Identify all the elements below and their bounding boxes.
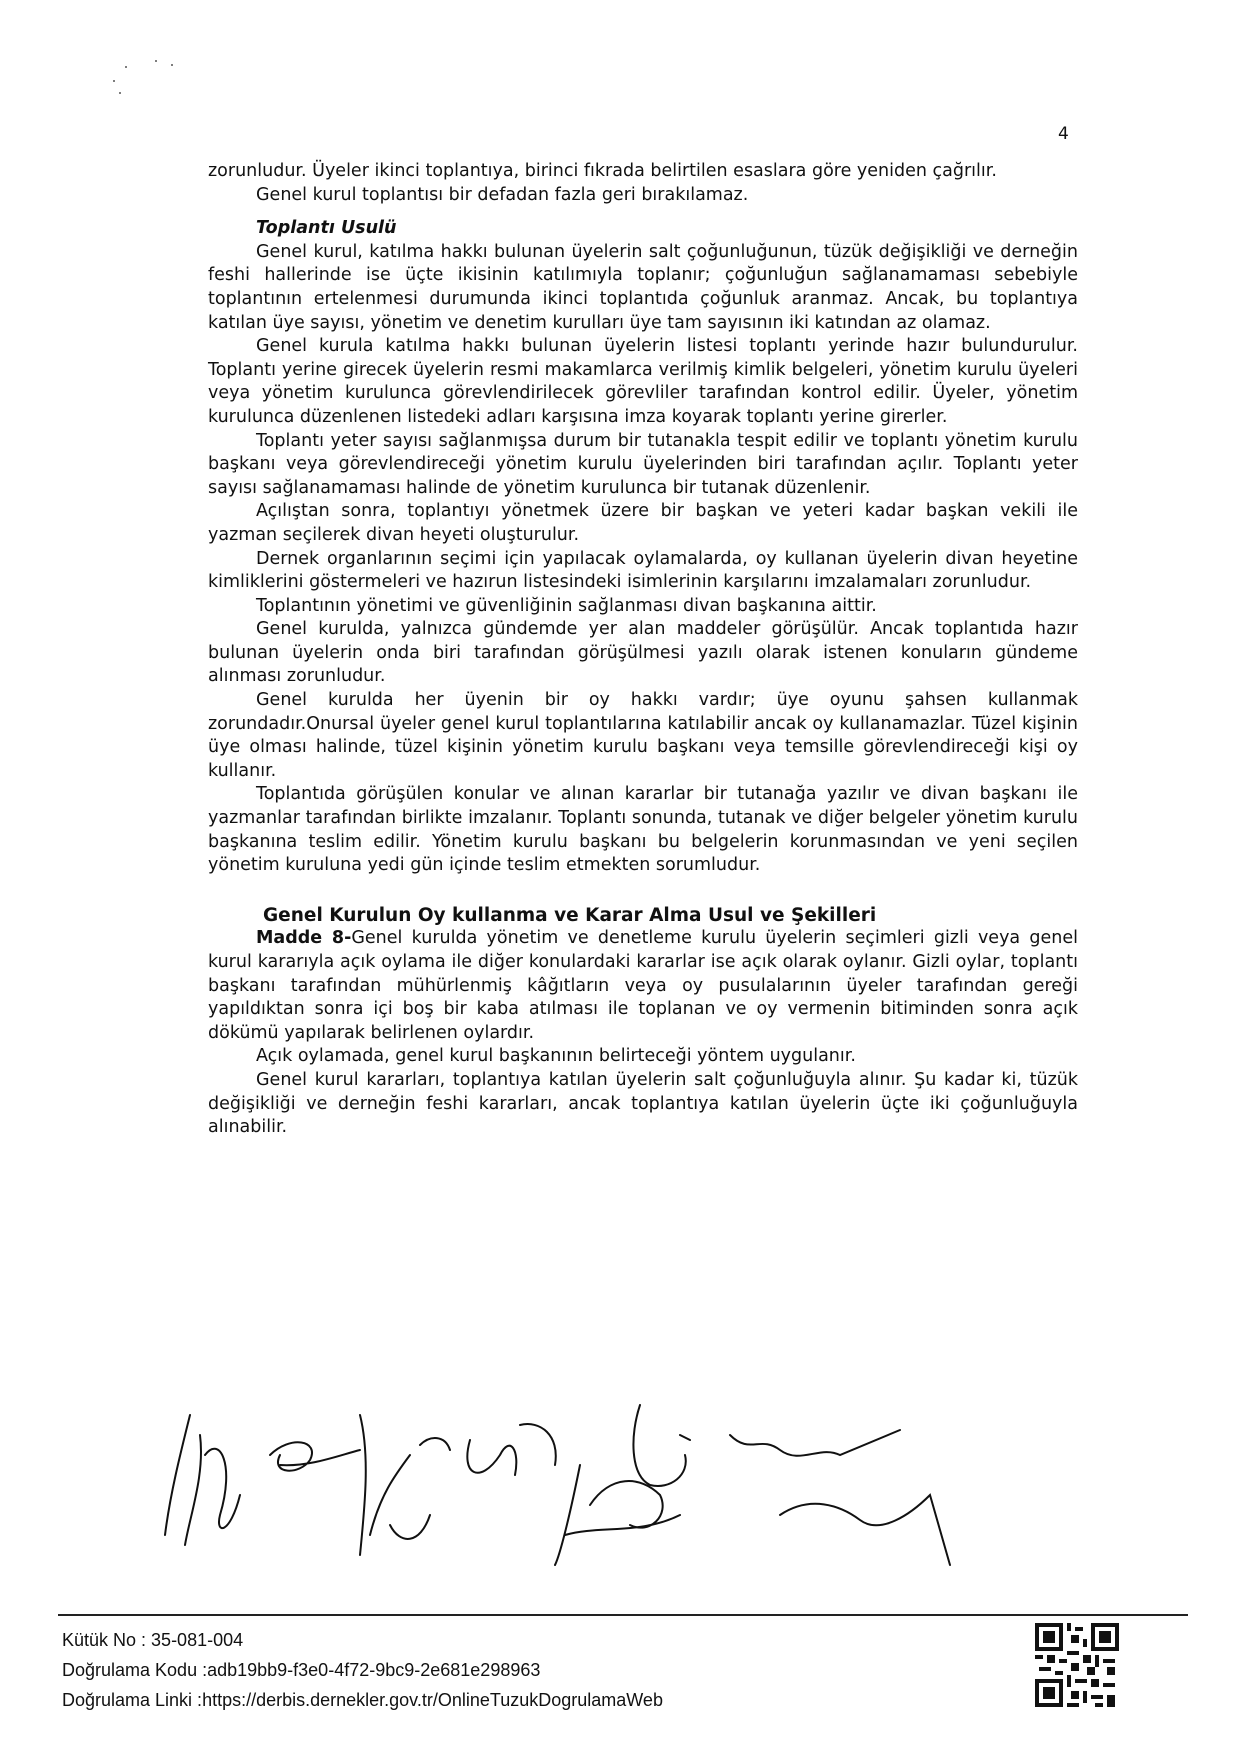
paragraph: Genel kurul kararları, toplantıya katıla…: [208, 1069, 1078, 1140]
paragraph: Toplantının yönetimi ve güvenliğinin sağ…: [208, 595, 1078, 619]
footer-divider: [58, 1614, 1188, 1616]
paragraph: Genel kurul toplantısı bir defadan fazla…: [208, 184, 1078, 208]
section-heading: Genel Kurulun Oy kullanma ve Karar Alma …: [208, 904, 1078, 928]
section-heading: Toplantı Usulü: [208, 217, 1078, 241]
verification-footer: Kütük No : 35-081-004 Doğrulama Kodu :ad…: [62, 1625, 663, 1715]
paragraph: Toplantı yeter sayısı sağlanmışsa durum …: [208, 430, 1078, 501]
verification-link[interactable]: Doğrulama Linki :https://derbis.dernekle…: [62, 1685, 663, 1715]
paragraph: Açık oylamada, genel kurul başkanının be…: [208, 1045, 1078, 1069]
verification-code: Doğrulama Kodu :adb19bb9-f3e0-4f72-9bc9-…: [62, 1655, 663, 1685]
scan-artifact-marks: [105, 58, 195, 103]
qr-code-icon: [1035, 1622, 1119, 1708]
paragraph: Toplantıda görüşülen konular ve alınan k…: [208, 783, 1078, 877]
paragraph: Açılıştan sonra, toplantıyı yönetmek üze…: [208, 500, 1078, 547]
paragraph: Dernek organlarının seçimi için yapılaca…: [208, 548, 1078, 595]
article-paragraph: Madde 8-Genel kurulda yönetim ve denetle…: [208, 927, 1078, 1045]
signatures-image: [160, 1395, 1060, 1575]
paragraph: Genel kurulda, yalnızca gündemde yer ala…: [208, 618, 1078, 689]
paragraph: Genel kurulda her üyenin bir oy hakkı va…: [208, 689, 1078, 783]
document-body: zorunludur. Üyeler ikinci toplantıya, bi…: [208, 160, 1078, 1140]
registry-number: Kütük No : 35-081-004: [62, 1625, 663, 1655]
paragraph: Genel kurula katılma hakkı bulunan üyele…: [208, 335, 1078, 429]
paragraph: Genel kurul, katılma hakkı bulunan üyele…: [208, 241, 1078, 335]
paragraph: zorunludur. Üyeler ikinci toplantıya, bi…: [208, 160, 1078, 184]
article-label: Madde 8-: [256, 928, 351, 948]
page-number: 4: [1058, 124, 1069, 144]
